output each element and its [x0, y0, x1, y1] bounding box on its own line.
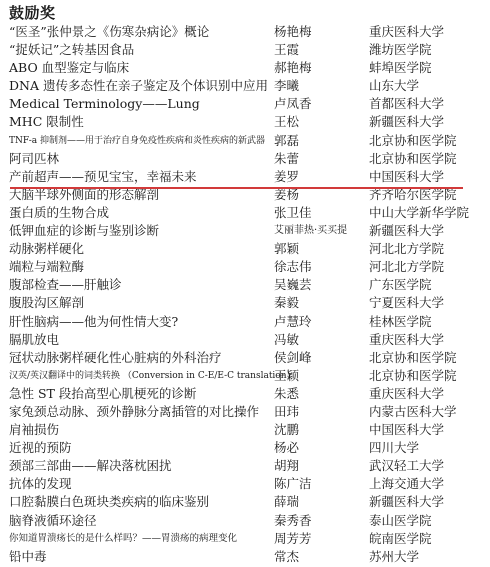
entry-title: 肩袖损伤 — [9, 421, 59, 439]
entry-author: 徐志伟 — [274, 258, 312, 276]
entry-title: 近视的预防 — [9, 439, 72, 457]
entry-school: 中山大学新华学院 — [369, 204, 469, 222]
list-item: 蛋白质的生物合成张卫佳中山大学新华学院 — [0, 204, 490, 222]
entry-school: 新疆医科大学 — [369, 113, 444, 131]
entry-title: 急性 ST 段抬高型心肌梗死的诊断 — [9, 385, 196, 403]
list-item: 口腔黏膜白色斑块类疾病的临床鉴别薛瑞新疆医科大学 — [0, 493, 490, 511]
entry-title: 动脉粥样硬化 — [9, 240, 84, 258]
entry-title: 家兔颈总动脉、颈外静脉分离插管的对比操作 — [9, 403, 259, 421]
entry-school: 首都医科大学 — [369, 95, 444, 113]
entry-school: 北京协和医学院 — [369, 150, 457, 168]
entry-author: 薛瑞 — [274, 493, 299, 511]
entry-title: 汉英/英汉翻译中的词类转换 （Conversion in C-E/E-C tra… — [9, 367, 296, 385]
entry-author: 卢凤香 — [274, 95, 312, 113]
list-item: 膈肌放电冯敏重庆医科大学 — [0, 331, 490, 349]
entry-author: 侯剑峰 — [274, 349, 312, 367]
entry-author: 杨必 — [274, 439, 299, 457]
entry-title: 颈部三部曲——解决落枕困扰 — [9, 457, 172, 475]
entry-school: 宁夏医科大学 — [369, 294, 444, 312]
list-item: TNF-a 抑制剂——用于治疗自身免疫性疾病和炎性疾病的新武器郭磊北京协和医学院 — [0, 132, 490, 150]
entry-title: 脑脊液循环途径 — [9, 512, 97, 530]
entry-author: 艾丽菲热·买买提 — [274, 222, 347, 240]
entry-school: 内蒙古医科大学 — [369, 403, 457, 421]
entry-school: 北京协和医学院 — [369, 132, 457, 150]
list-item: 你知道胃溃疡长的是什么样吗？——胃溃疡的病理变化周芳芳皖南医学院 — [0, 530, 490, 548]
entry-title: 腹股沟区解剖 — [9, 294, 84, 312]
entry-school: 中国医科大学 — [369, 421, 444, 439]
entry-author: 郭磊 — [274, 132, 299, 150]
entry-title: 铅中毒 — [9, 548, 47, 566]
entry-school: 泰山医学院 — [369, 512, 432, 530]
list-item: 颈部三部曲——解决落枕困扰胡翔武汉轻工大学 — [0, 457, 490, 475]
entry-school: 河北北方学院 — [369, 258, 444, 276]
entry-school: 中国医科大学 — [369, 168, 444, 186]
list-item: 抗体的发现陈广洁上海交通大学 — [0, 475, 490, 493]
entry-author: 郭颖 — [274, 240, 299, 258]
list-item: 铅中毒常杰苏州大学 — [0, 548, 490, 566]
entry-author: 杨艳梅 — [274, 23, 312, 41]
list-item: 近视的预防杨必四川大学 — [0, 439, 490, 457]
entry-author: 卢慧玲 — [274, 313, 312, 331]
entry-title: 你知道胃溃疡长的是什么样吗？——胃溃疡的病理变化 — [9, 530, 237, 548]
list-item: 低钾血症的诊断与鉴别诊断艾丽菲热·买买提新疆医科大学 — [0, 222, 490, 240]
list-item: 动脉粥样硬化郭颖河北北方学院 — [0, 240, 490, 258]
entry-title: DNA 遗传多态性在亲子鉴定及个体识别中应用 — [9, 77, 268, 95]
entry-author: 陈广洁 — [274, 475, 312, 493]
entry-author: 朱蕾 — [274, 150, 299, 168]
entry-author: 王颖 — [274, 367, 299, 385]
entry-author: 郝艳梅 — [274, 59, 312, 77]
entry-title: Medical Terminology——Lung — [9, 95, 200, 113]
entry-title: 膈肌放电 — [9, 331, 59, 349]
entry-title: 产前超声——预见宝宝，幸福未来 — [9, 168, 197, 186]
list-item: ABO 血型鉴定与临床郝艳梅蚌埠医学院 — [0, 59, 490, 77]
entry-title: 抗体的发现 — [9, 475, 72, 493]
entry-title: 冠状动脉粥样硬化性心脏病的外科治疗 — [9, 349, 222, 367]
entry-school: 新疆医科大学 — [369, 493, 444, 511]
entry-school: 苏州大学 — [369, 548, 419, 566]
entry-school: 广东医学院 — [369, 276, 432, 294]
entry-school: 四川大学 — [369, 439, 419, 457]
entry-author: 张卫佳 — [274, 204, 312, 222]
entry-school: 蚌埠医学院 — [369, 59, 432, 77]
section-heading: 鼓励奖 — [9, 2, 56, 23]
entry-author: 姜罗 — [274, 168, 299, 186]
entry-author: 秦毅 — [274, 294, 299, 312]
entry-author: 常杰 — [274, 548, 299, 566]
entry-title: 腹部检查——肝触诊 — [9, 276, 122, 294]
list-item: DNA 遗传多态性在亲子鉴定及个体识别中应用李曦山东大学 — [0, 77, 490, 95]
entry-school: 重庆医科大学 — [369, 331, 444, 349]
entry-school: 新疆医科大学 — [369, 222, 444, 240]
entry-school: 武汉轻工大学 — [369, 457, 444, 475]
entry-school: 重庆医科大学 — [369, 385, 444, 403]
entry-author: 沈鹏 — [274, 421, 299, 439]
list-item: 端粒与端粒酶徐志伟河北北方学院 — [0, 258, 490, 276]
entry-author: 胡翔 — [274, 457, 299, 475]
entry-title: 蛋白质的生物合成 — [9, 204, 109, 222]
list-item: 阿司匹林朱蕾北京协和医学院 — [0, 150, 490, 168]
list-item: 脑脊液循环途径秦秀香泰山医学院 — [0, 512, 490, 530]
entry-school: 上海交通大学 — [369, 475, 444, 493]
entry-school: 北京协和医学院 — [369, 367, 457, 385]
list-item: Medical Terminology——Lung卢凤香首都医科大学 — [0, 95, 490, 113]
entry-title: “捉妖记”之转基因食品 — [9, 41, 134, 59]
entry-title: TNF-a 抑制剂——用于治疗自身免疫性疾病和炎性疾病的新武器 — [9, 132, 265, 150]
entry-author: 李曦 — [274, 77, 299, 95]
entry-school: 北京协和医学院 — [369, 349, 457, 367]
entry-school: 河北北方学院 — [369, 240, 444, 258]
entry-school: 皖南医学院 — [369, 530, 432, 548]
entry-title: MHC 限制性 — [9, 113, 84, 131]
entry-title: 口腔黏膜白色斑块类疾病的临床鉴别 — [9, 493, 209, 511]
award-list: “医圣”张仲景之《伤寒杂病论》概论杨艳梅重庆医科大学 “捉妖记”之转基因食品王霞… — [0, 23, 490, 566]
entry-school: 桂林医学院 — [369, 313, 432, 331]
entry-author: 吴巍芸 — [274, 276, 312, 294]
entry-title: ABO 血型鉴定与临床 — [9, 59, 129, 77]
entry-author: 周芳芳 — [274, 530, 312, 548]
list-item: MHC 限制性王松新疆医科大学 — [0, 113, 490, 131]
entry-school: 山东大学 — [369, 77, 419, 95]
entry-author: 田玮 — [274, 403, 299, 421]
list-item: 腹股沟区解剖秦毅宁夏医科大学 — [0, 294, 490, 312]
entry-title: 端粒与端粒酶 — [9, 258, 84, 276]
list-item: 家兔颈总动脉、颈外静脉分离插管的对比操作田玮内蒙古医科大学 — [0, 403, 490, 421]
red-highlight-underline — [10, 187, 463, 189]
list-item: 肩袖损伤沈鹏中国医科大学 — [0, 421, 490, 439]
list-item: 腹部检查——肝触诊吴巍芸广东医学院 — [0, 276, 490, 294]
list-item: 汉英/英汉翻译中的词类转换 （Conversion in C-E/E-C tra… — [0, 367, 490, 385]
list-item: “医圣”张仲景之《伤寒杂病论》概论杨艳梅重庆医科大学 — [0, 23, 490, 41]
entry-author: 朱悉 — [274, 385, 299, 403]
list-item: 急性 ST 段抬高型心肌梗死的诊断朱悉重庆医科大学 — [0, 385, 490, 403]
list-item: 冠状动脉粥样硬化性心脏病的外科治疗侯剑峰北京协和医学院 — [0, 349, 490, 367]
entry-author: 王松 — [274, 113, 299, 131]
list-item: “捉妖记”之转基因食品王霞潍坊医学院 — [0, 41, 490, 59]
entry-title: 阿司匹林 — [9, 150, 59, 168]
entry-author: 秦秀香 — [274, 512, 312, 530]
entry-author: 王霞 — [274, 41, 299, 59]
entry-title: 肝性脑病——他为何性情大变? — [9, 313, 178, 331]
entry-school: 重庆医科大学 — [369, 23, 444, 41]
list-item: 产前超声——预见宝宝，幸福未来姜罗中国医科大学 — [0, 168, 490, 186]
entry-title: “医圣”张仲景之《伤寒杂病论》概论 — [9, 23, 209, 41]
entry-school: 潍坊医学院 — [369, 41, 432, 59]
entry-author: 冯敏 — [274, 331, 299, 349]
list-item: 肝性脑病——他为何性情大变?卢慧玲桂林医学院 — [0, 313, 490, 331]
entry-title: 低钾血症的诊断与鉴别诊断 — [9, 222, 159, 240]
